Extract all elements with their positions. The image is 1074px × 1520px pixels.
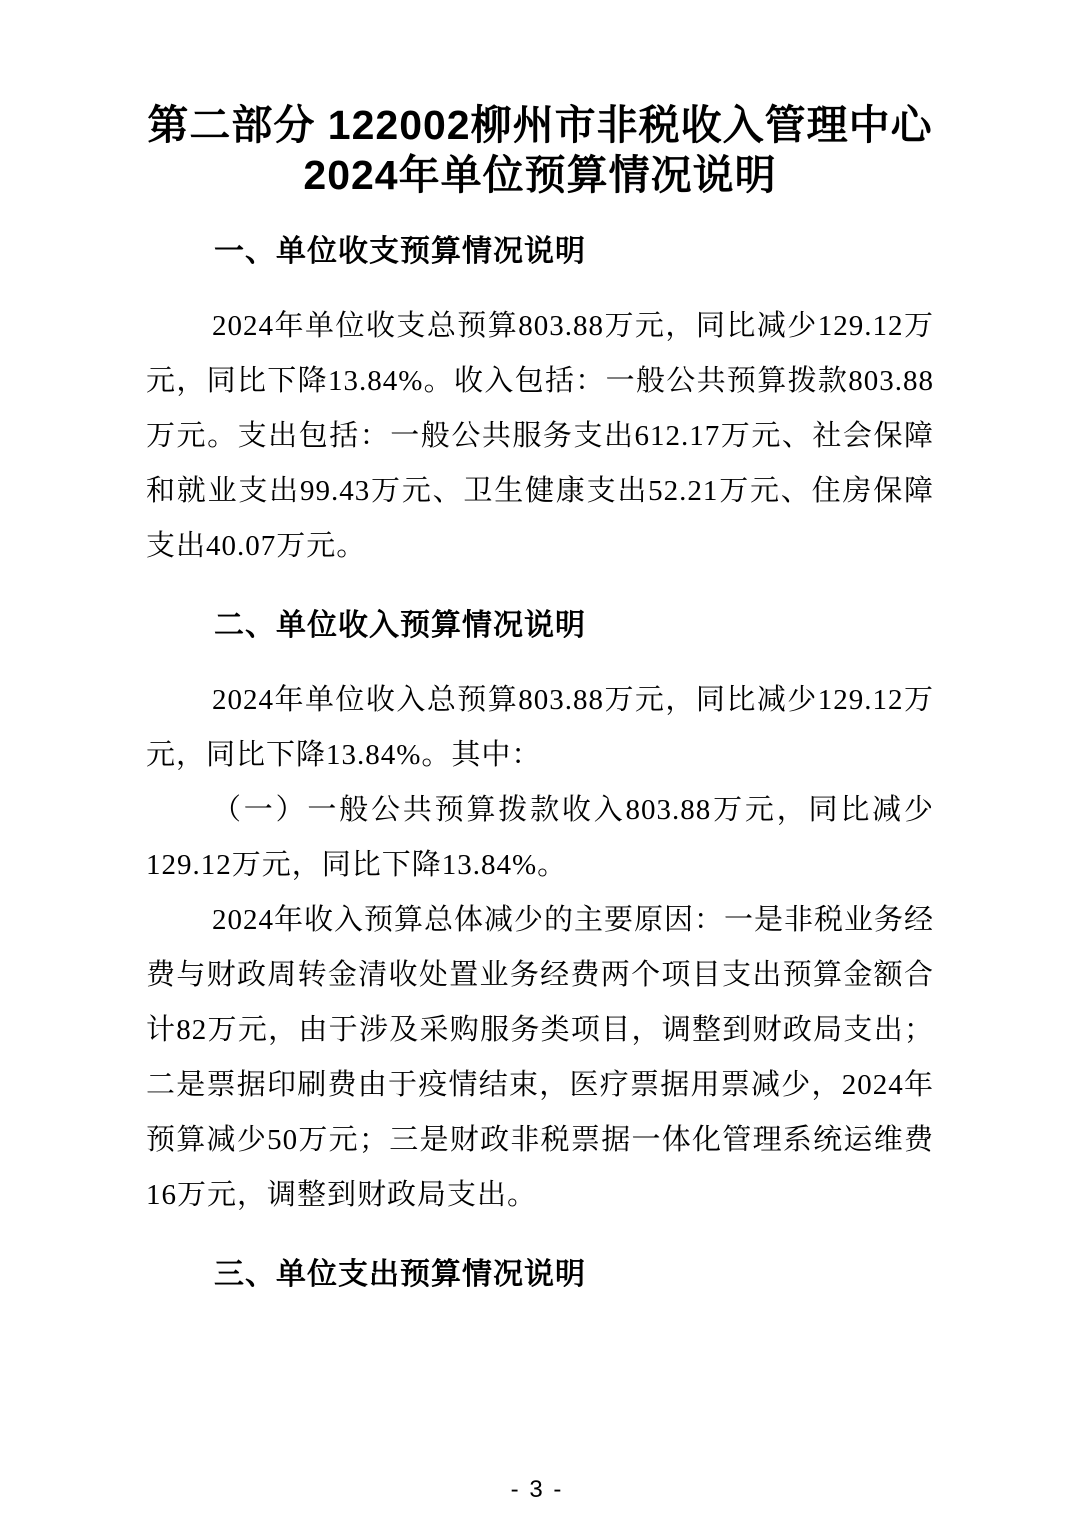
page-number: - 3 - <box>0 1476 1074 1504</box>
title-line-1: 第二部分 122002柳州市非税收入管理中心 <box>147 102 932 148</box>
section-2-paragraph-2: （一）一般公共预算拨款收入803.88万元，同比减少129.12万元，同比下降1… <box>146 783 934 893</box>
document-page: 第二部分 122002柳州市非税收入管理中心 2024年单位预算情况说明 一、单… <box>0 0 1074 1520</box>
section-2-paragraph-1: 2024年单位收入总预算803.88万元，同比减少129.12万元，同比下降13… <box>146 673 934 783</box>
section-1-heading: 一、单位收支预算情况说明 <box>146 224 934 279</box>
document-title: 第二部分 122002柳州市非税收入管理中心 2024年单位预算情况说明 <box>146 100 934 200</box>
section-3-heading: 三、单位支出预算情况说明 <box>146 1247 934 1302</box>
section-2-paragraph-3: 2024年收入预算总体减少的主要原因：一是非税业务经费与财政周转金清收处置业务经… <box>146 893 934 1223</box>
title-line-2: 2024年单位预算情况说明 <box>303 152 776 198</box>
section-2-heading: 二、单位收入预算情况说明 <box>146 598 934 653</box>
section-income-budget: 二、单位收入预算情况说明 2024年单位收入总预算803.88万元，同比减少12… <box>146 598 934 1223</box>
section-expenditure-budget: 三、单位支出预算情况说明 <box>146 1247 934 1302</box>
section-revenue-expenditure-overview: 一、单位收支预算情况说明 2024年单位收支总预算803.88万元，同比减少12… <box>146 224 934 574</box>
section-1-paragraph-1: 2024年单位收支总预算803.88万元，同比减少129.12万元，同比下降13… <box>146 299 934 574</box>
